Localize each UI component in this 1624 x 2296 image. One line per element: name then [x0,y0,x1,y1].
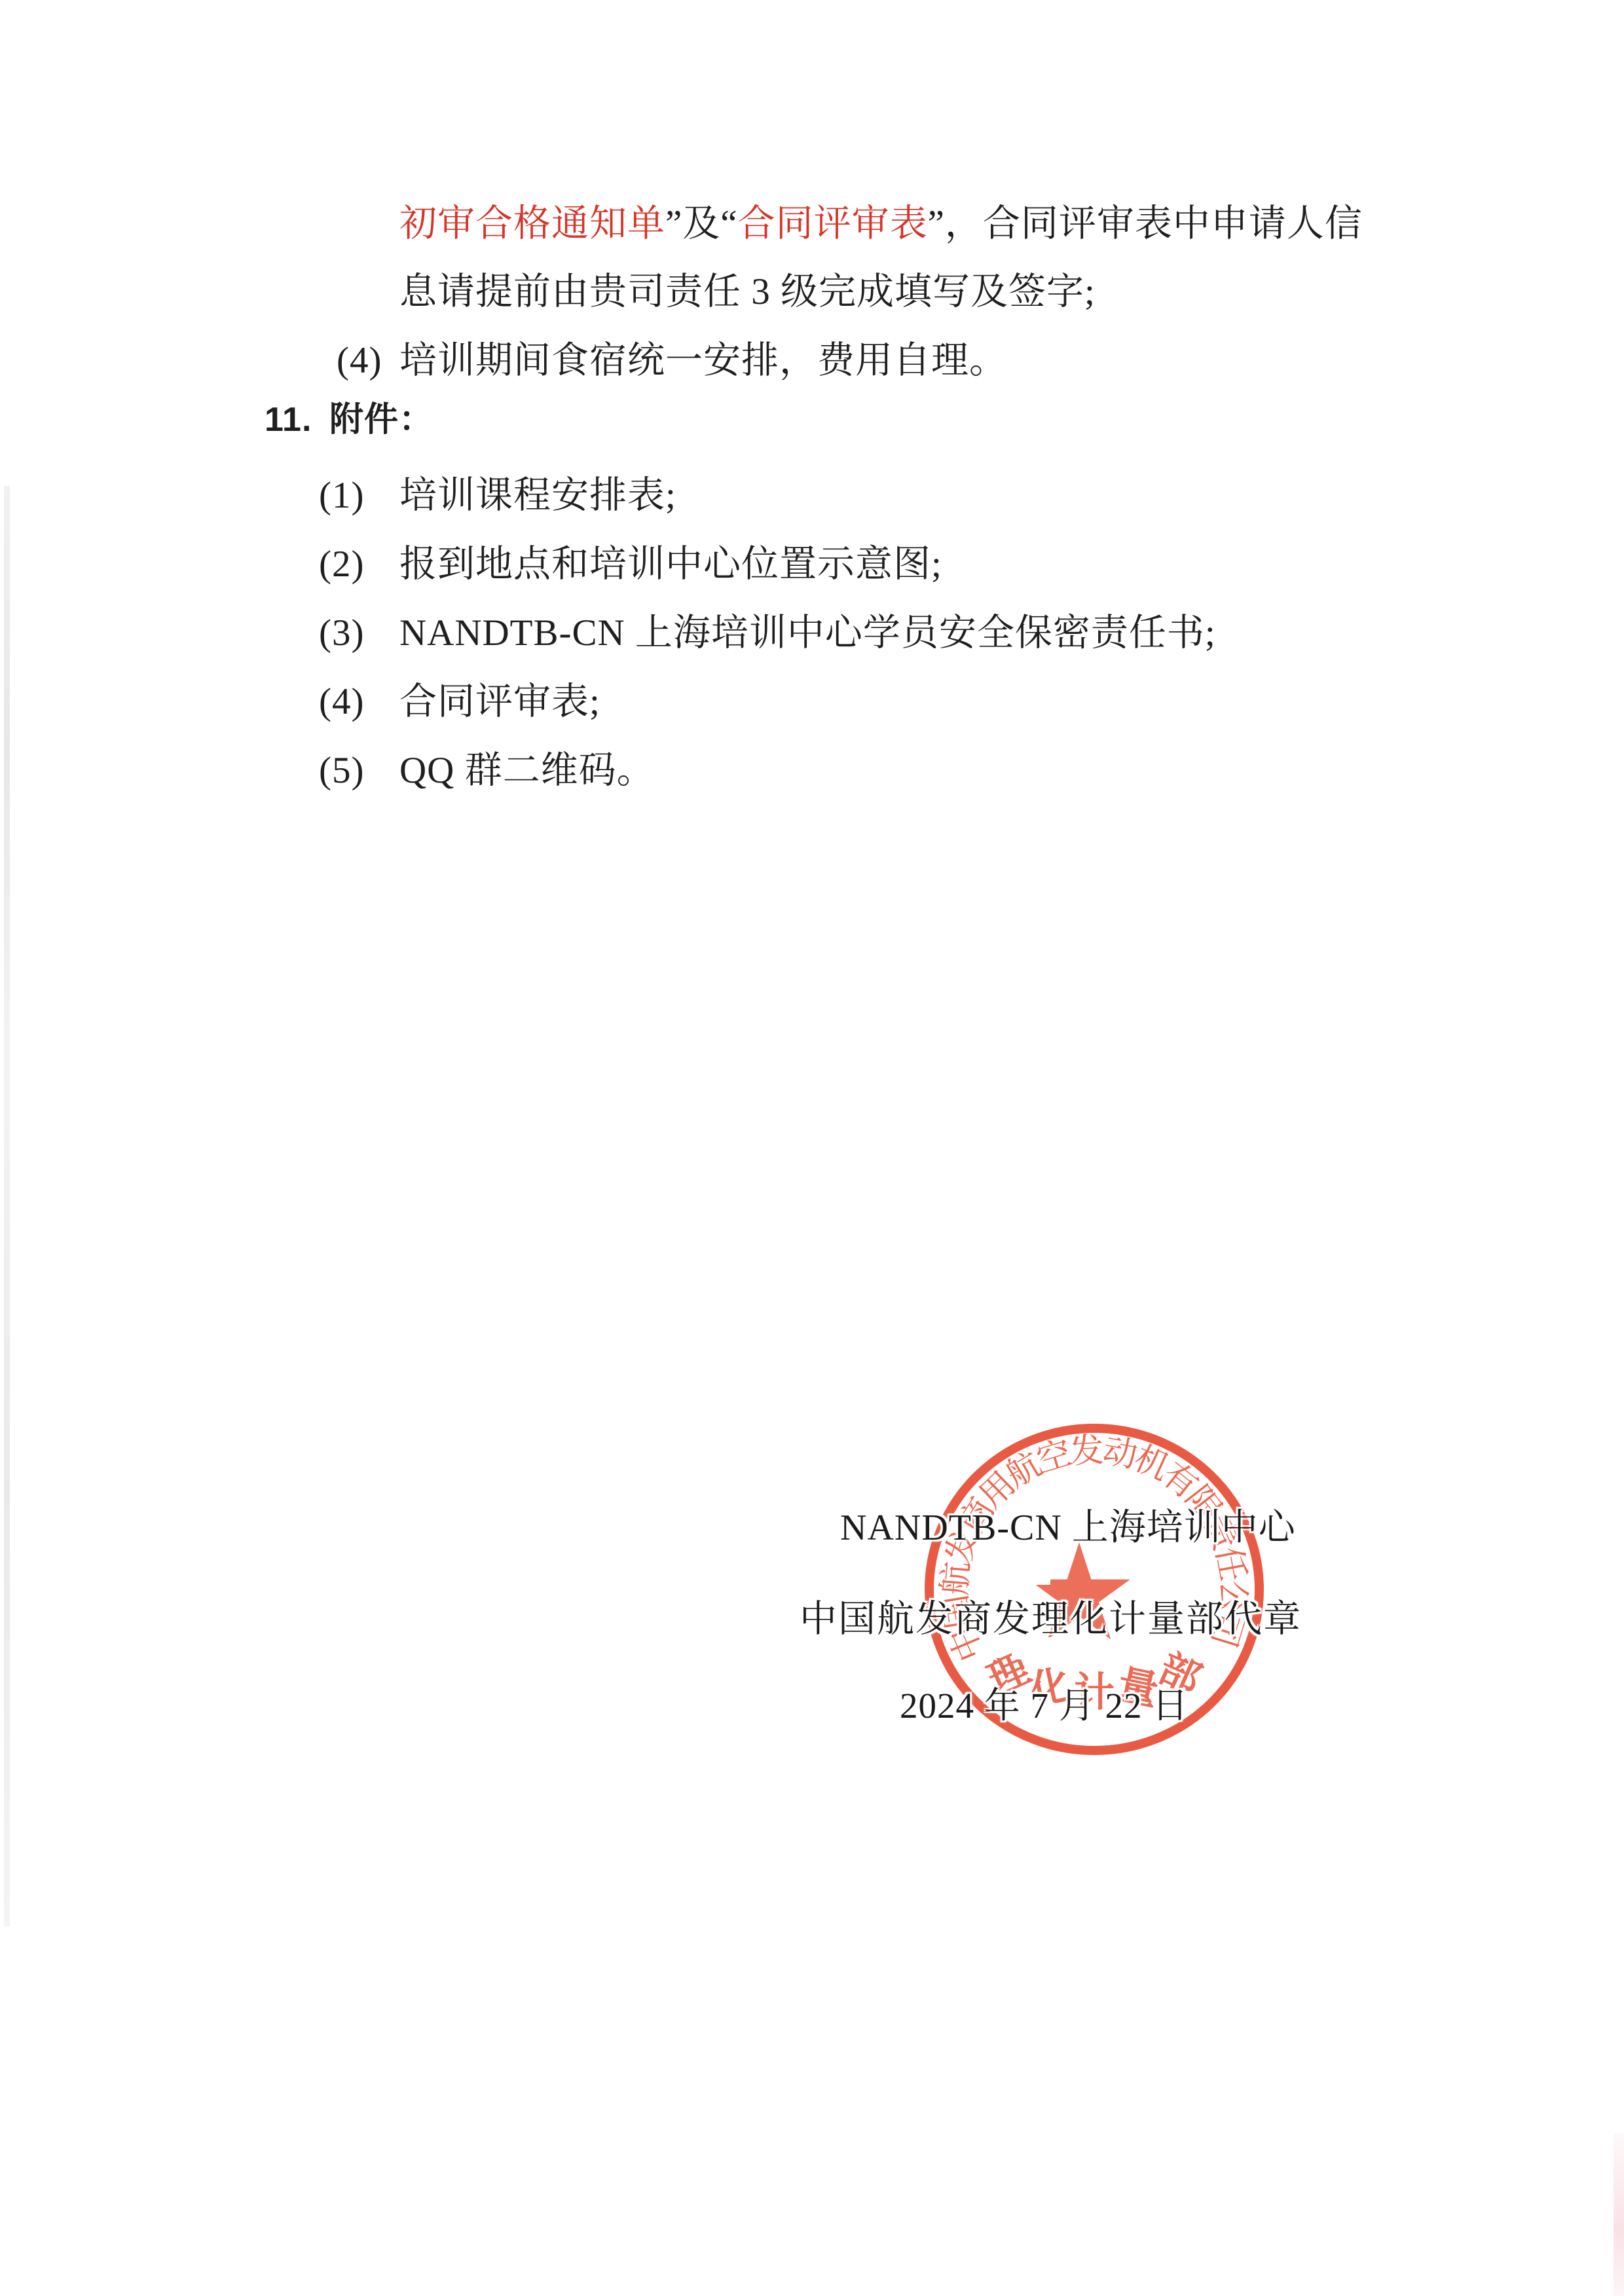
attachment-text: 报到地点和培训中心位置示意图; [399,544,942,585]
scan-artifact-left-strip [4,486,10,1927]
attachment-marker: (4) [319,681,399,723]
signature-seal-line: 中国航发商发理化计量部代章 [800,1589,1302,1642]
paragraph-line-1: 初审合格通知单”及“合同评审表”，合同评审表中申请人信 [399,203,1363,245]
attachment-marker: (3) [319,612,399,654]
attachment-text: 合同评审表; [399,681,600,722]
quote-and-text: ”及“ [665,203,738,244]
attachment-item-1: (1)培训课程安排表; [319,475,676,517]
attachment-text: QQ 群二维码。 [399,750,655,791]
section-title: 附件： [329,401,434,439]
attachment-item-2: (2)报到地点和培训中心位置示意图; [319,544,942,585]
list-item-4-food-lodging: (4)培训期间食宿统一安排，费用自理。 [337,340,1007,382]
section-number: 11. [265,401,329,439]
seal-ring-char: 发 [1069,1432,1105,1471]
attachment-item-5: (5)QQ 群二维码。 [319,750,655,792]
highlight-contract-term: 合同评审表 [738,203,928,244]
highlight-notice-term: 初审合格通知单 [399,203,665,244]
list-item-marker: (4) [337,340,399,382]
attachment-marker: (2) [319,544,399,585]
signature-date-line: 2024 年 7 月 22 日 [900,1676,1189,1728]
document-page: 初审合格通知单”及“合同评审表”，合同评审表中申请人信 息请提前由贵司责任 3 … [0,0,1624,2296]
attachment-item-3: (3)NANDTB-CN 上海培训中心学员安全保密责任书; [319,612,1216,654]
section-heading-attachments: 11.附件： [265,401,434,439]
attachment-item-4: (4)合同评审表; [319,681,600,723]
scan-artifact-right-strip [1614,2134,1624,2296]
paragraph-line-1-tail: ”，合同评审表中申请人信 [928,203,1363,244]
attachment-marker: (5) [319,750,399,792]
attachment-marker: (1) [319,475,399,517]
signature-org-line: NANDTB-CN 上海培训中心 [840,1498,1296,1551]
list-item-text: 培训期间食宿统一安排，费用自理。 [399,340,1007,381]
attachment-text: NANDTB-CN 上海培训中心学员安全保密责任书; [399,612,1216,654]
paragraph-line-2: 息请提前由贵司责任 3 级完成填写及签字; [399,271,1096,313]
attachment-text: 培训课程安排表; [399,475,676,516]
